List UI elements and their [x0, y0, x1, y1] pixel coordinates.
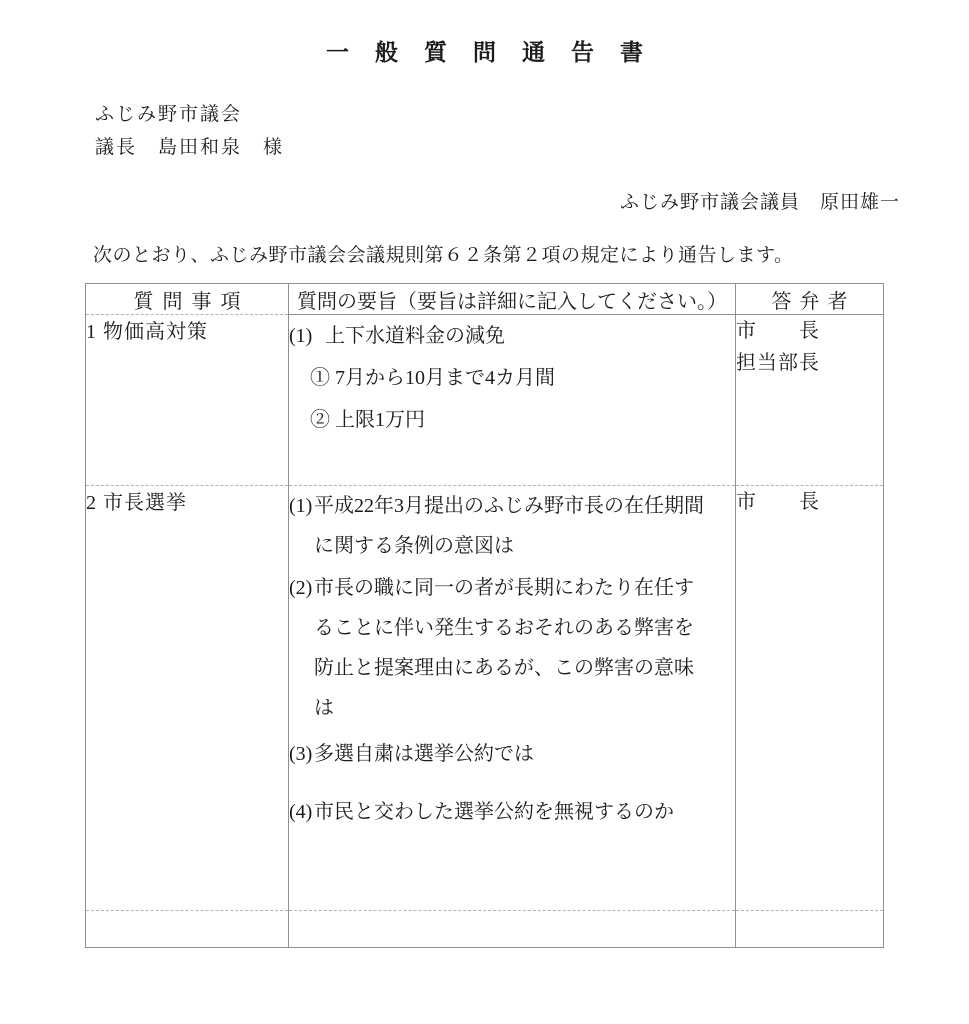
- col-header-question-summary: 質問の要旨（要旨は詳細に記入してください。）: [289, 284, 736, 315]
- col-header-respondent: 答弁者: [736, 284, 884, 315]
- addressee-name: 議長 島田和泉 様: [95, 131, 284, 164]
- paragraph-text: に関する条例の意図は: [289, 526, 735, 566]
- sub-item: ① 7月から10月まで4カ月間: [289, 357, 735, 399]
- respondent: 市 長: [736, 486, 883, 518]
- paragraph-marker: (1): [289, 315, 325, 357]
- paragraph-marker: (3): [289, 734, 314, 774]
- table-row: 2 市長選挙 (1)平成22年3月提出のふじみ野市長の在任期間 に関する条例の意…: [86, 486, 884, 911]
- table-row-empty: [86, 911, 884, 948]
- paragraph-marker: (4): [289, 792, 314, 832]
- paragraph-marker: (2): [289, 568, 314, 608]
- paragraph-text: 多選自粛は選挙公約では: [314, 743, 534, 765]
- paragraph-text: ることに伴い発生するおそれのある弊害を: [289, 608, 735, 648]
- sub-item: ② 上限1万円: [289, 399, 735, 441]
- question-item-cell: [86, 911, 289, 948]
- question-item-cell: 1 物価高対策: [86, 315, 289, 486]
- respondent: 担当部長: [736, 347, 883, 379]
- sender-line: ふじみ野市議会議員 原田雄一: [620, 187, 900, 214]
- question-summary-cell: (1)上下水道料金の減免 ① 7月から10月まで4カ月間 ② 上限1万円: [289, 315, 736, 486]
- respondent-cell: 市 長: [736, 486, 884, 911]
- respondent-cell: 市 長 担当部長: [736, 315, 884, 486]
- summary-paragraph: (1)上下水道料金の減免 ① 7月から10月まで4カ月間 ② 上限1万円: [289, 315, 735, 441]
- addressee-org: ふじみ野市議会: [95, 98, 284, 131]
- summary-paragraph: (3)多選自粛は選挙公約では: [289, 734, 735, 774]
- document-page: 一般質問通告書 ふじみ野市議会 議長 島田和泉 様 ふじみ野市議会議員 原田雄一…: [0, 0, 969, 1024]
- paragraph-marker: (1): [289, 486, 314, 526]
- question-summary-cell: [289, 911, 736, 948]
- summary-paragraph: (1)平成22年3月提出のふじみ野市長の在任期間 に関する条例の意図は: [289, 486, 735, 566]
- respondent: 市 長: [736, 315, 883, 347]
- question-item-cell: 2 市長選挙: [86, 486, 289, 911]
- paragraph-text: 平成22年3月提出のふじみ野市長の在任期間: [314, 495, 704, 517]
- paragraph-text: は: [289, 688, 735, 728]
- notice-text: 次のとおり、ふじみ野市議会会議規則第６２条第２項の規定により通告します。: [93, 240, 793, 267]
- respondent-cell: [736, 911, 884, 948]
- summary-paragraph: (4)市民と交わした選挙公約を無視するのか: [289, 792, 735, 832]
- table-row: 1 物価高対策 (1)上下水道料金の減免 ① 7月から10月まで4カ月間 ② 上…: [86, 315, 884, 486]
- question-table: 質問事項 質問の要旨（要旨は詳細に記入してください。） 答弁者 1 物価高対策 …: [85, 283, 884, 948]
- paragraph-text: 防止と提案理由にあるが、この弊害の意味: [289, 648, 735, 688]
- page-title: 一般質問通告書: [0, 34, 969, 67]
- question-summary-cell: (1)平成22年3月提出のふじみ野市長の在任期間 に関する条例の意図は (2)市…: [289, 486, 736, 911]
- table-header-row: 質問事項 質問の要旨（要旨は詳細に記入してください。） 答弁者: [86, 284, 884, 315]
- paragraph-text: 上下水道料金の減免: [325, 325, 505, 347]
- col-header-question-item: 質問事項: [86, 284, 289, 315]
- paragraph-text: 市長の職に同一の者が長期にわたり在任す: [314, 577, 694, 599]
- paragraph-text: 市民と交わした選挙公約を無視するのか: [314, 801, 674, 823]
- summary-paragraph: (2)市長の職に同一の者が長期にわたり在任す ることに伴い発生するおそれのある弊…: [289, 568, 735, 728]
- addressee-block: ふじみ野市議会 議長 島田和泉 様: [95, 98, 284, 164]
